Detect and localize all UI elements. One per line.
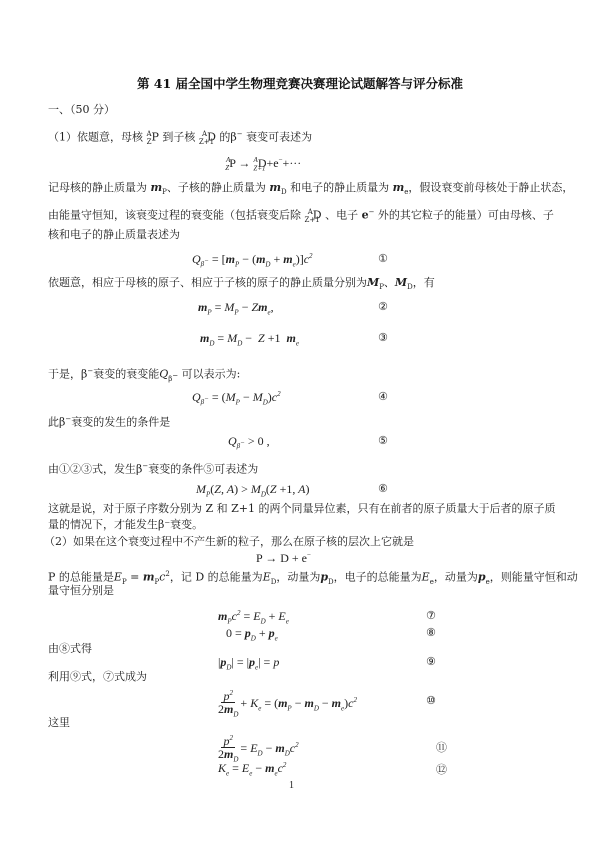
equation-number-8: ⑧ (426, 626, 436, 639)
equation-number-3: ③ (378, 331, 388, 344)
paragraph-10: 这里 (48, 716, 70, 730)
part2-intro: （2）如果在这个衰变过程中不产生新的粒子，那么在原子核的层次上它就是 (44, 535, 414, 549)
equation-number-10: ⑩ (426, 694, 436, 707)
equation-number-12: ⑫ (436, 761, 447, 777)
equation-6: MP(Z, A) > MD(Z +1, A) (196, 482, 310, 498)
paragraph-6-line-1: 这就是说，对于原子序数分别为 Z 和 Z+1 的两个同量异位素，只有在前者的原子… (48, 502, 556, 516)
equation-1: Qβ− = [mP − (mD + me)]c2 (192, 252, 313, 268)
equation-number-5: ⑤ (378, 434, 388, 447)
paragraph-1-line-2: 由能量守恒知，该衰变过程的衰变能（包括衰变后除 Z+1AD 、电子 e− 外的其… (48, 205, 554, 227)
section-heading: 一、（50 分） (48, 103, 115, 117)
paragraph-5: 由①②③式，发生β−衰变的条件⑤可表述为 (48, 459, 258, 477)
paragraph-4: 此β−衰变的发生的条件是 (48, 412, 170, 430)
equation-5: Qβ− > 0 , (228, 434, 270, 450)
paragraph-7-line-2: 量守恒分别是 (48, 584, 114, 598)
document-title: 第 41 届全国中学生物理竞赛决赛理论试题解答与评分标准 (0, 74, 600, 92)
equation-2: mP = MP − Zme, (198, 300, 274, 316)
equation-number-7: ⑦ (426, 609, 436, 622)
paragraph-6-line-2: 量的情况下，才能发生β⁻衰变。 (48, 518, 203, 532)
equation-3: mD = MD − Z +1 me (200, 331, 299, 347)
equation-number-1: ① (378, 252, 388, 265)
equation-9: |pD| = |pe| = p (218, 655, 279, 671)
equation-7: mPc2 = ED + Ee (218, 609, 289, 625)
paragraph-1-line-3: 核和电子的静止质量表述为 (48, 228, 180, 242)
paragraph-7-line-1: P 的总能量是EP = mPc2，记 D 的总能量为ED，动量为pD，电子的总能… (48, 567, 578, 589)
equation-10: p22mD+ Ke = (mP − mD − me)c2 (218, 687, 357, 721)
equation-12: Ke = Ee − mec2 (218, 761, 286, 777)
equation-number-9: ⑨ (426, 655, 436, 668)
equation-reaction: P → D + e− (256, 551, 311, 566)
paragraph-1-line-1: 记母核的静止质量为 mP、子核的静止质量为 mD 和电子的静止质量为 me，假设… (48, 181, 573, 199)
equation-8: 0 = pD + pe (226, 626, 278, 642)
page-number: 1 (289, 780, 294, 791)
part1-intro: （1）依题意，母核 AZP 到子核 Z+1AD 的β− 衰变可表述为 (48, 127, 312, 149)
paragraph-3: 于是，β−衰变的衰变能Qβ− 可以表示为: (48, 364, 240, 386)
equation-4: Qβ− = (MP − MD)c2 (192, 390, 281, 406)
equation-number-4: ④ (378, 390, 388, 403)
equation-number-6: ⑥ (378, 482, 388, 495)
equation-number-11: ⑪ (436, 739, 447, 755)
equation-number-2: ② (378, 300, 388, 313)
paragraph-9: 利用⑨式，⑦式成为 (48, 670, 147, 684)
paragraph-8: 由⑧式得 (48, 642, 92, 656)
paragraph-2: 依题意，相应于母核的原子、相应于子核的原子的静止质量分别为MP、MD，有 (48, 276, 435, 294)
equation-decay: AZP → Z+1AD+e−+··· (226, 156, 301, 172)
